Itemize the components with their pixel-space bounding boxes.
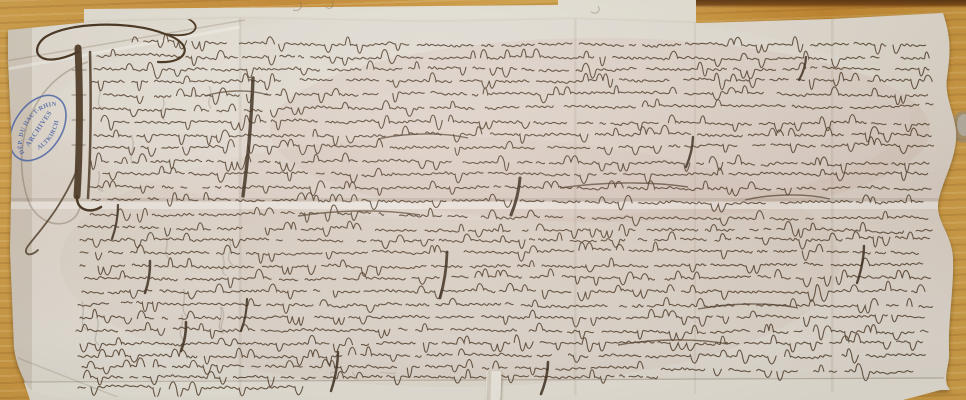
photo-of-parchment-charter: DÉP. DU HAUT-RHIN ARCHIVES ALTKIRCH	[0, 0, 966, 400]
seal-tag	[485, 371, 501, 400]
document-photo: DÉP. DU HAUT-RHIN ARCHIVES ALTKIRCH	[0, 0, 966, 400]
